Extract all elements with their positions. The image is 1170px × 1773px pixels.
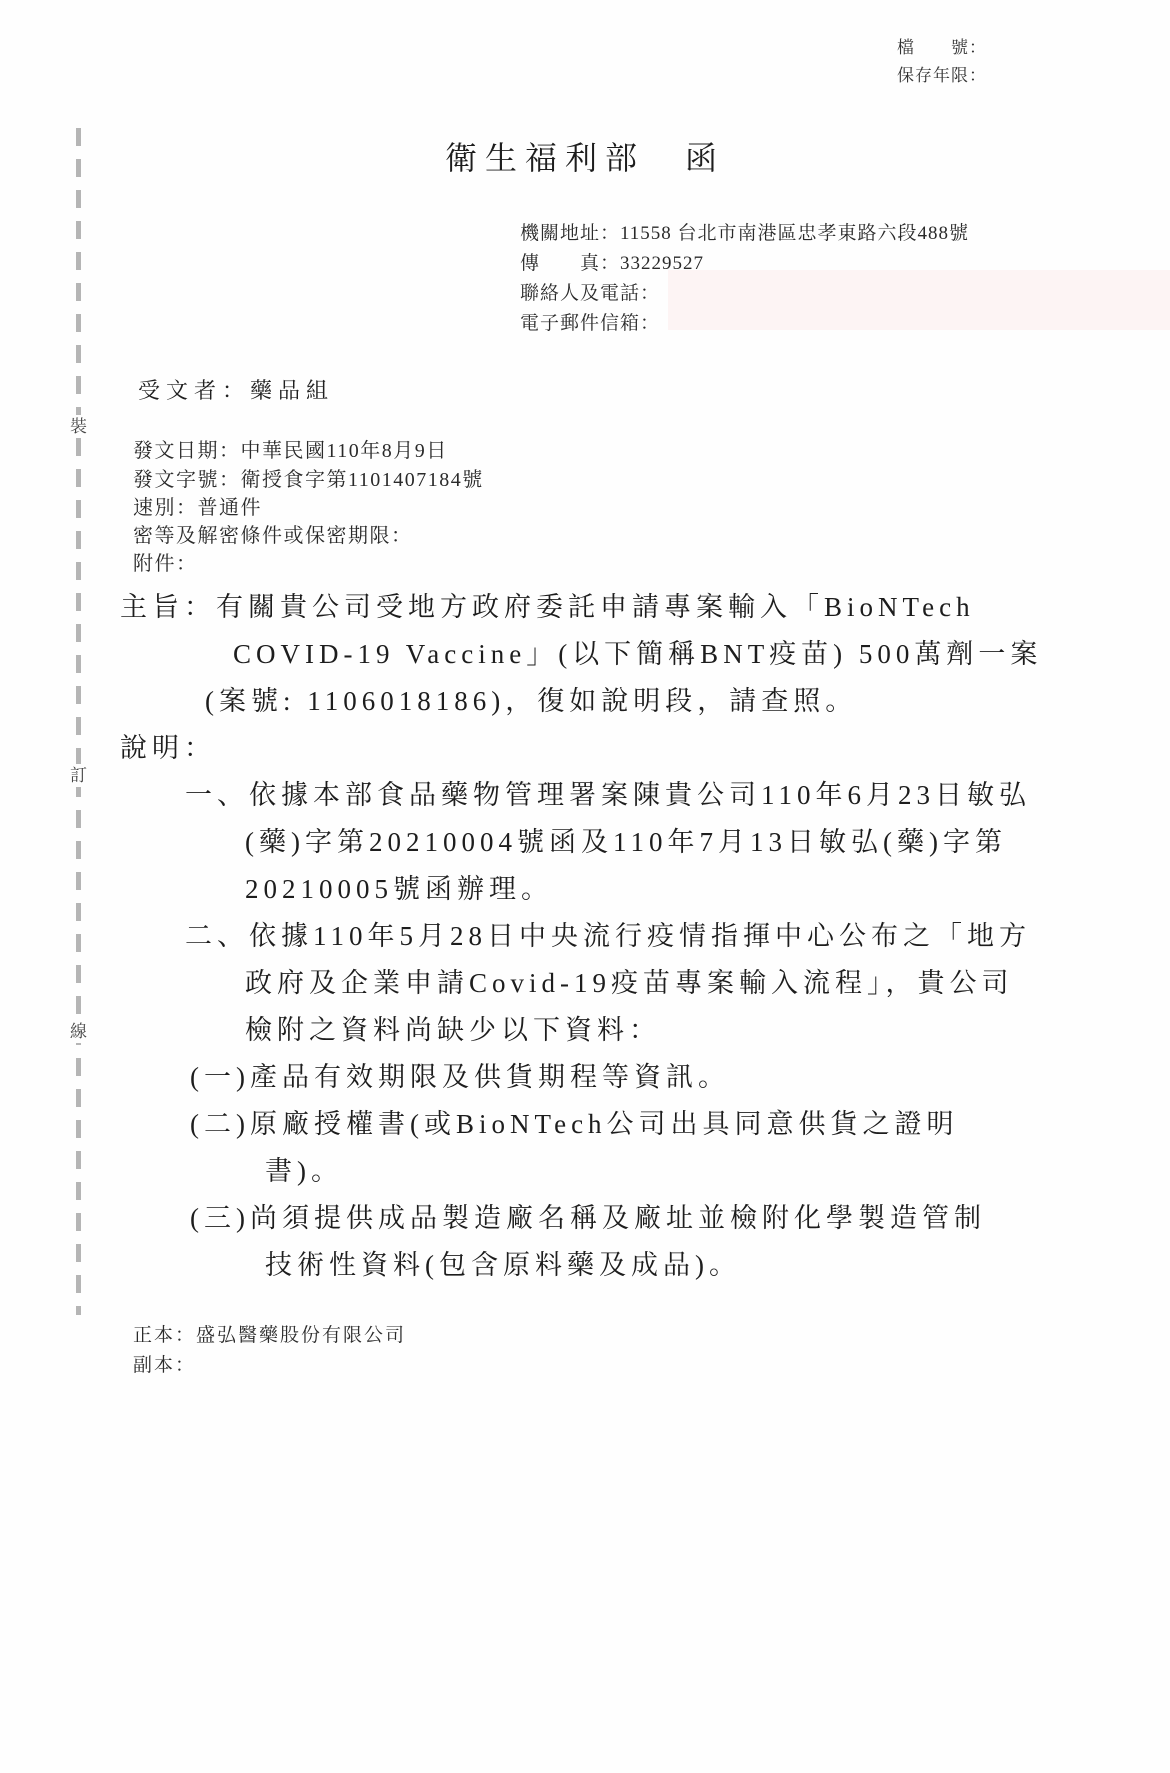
item-2-line-3: 檢附之資料尚缺少以下資料： <box>245 1008 661 1047</box>
binding-mark-zhuang: 裝 <box>69 415 88 438</box>
binding-dashed-line <box>76 128 81 1315</box>
recipient-line: 受文者：藥品組 <box>138 374 334 405</box>
attachment-label: 附件： <box>133 547 198 576</box>
subitem-1: (一)產品有效期限及供貨期程等資訊。 <box>190 1055 730 1094</box>
item-2-line-2: 政府及企業申請Covid-19疫苗專案輸入流程」，貴公司 <box>245 961 1014 1000</box>
subitem-3-line-1: (三)尚須提供成品製造廠名稱及廠址並檢附化學製造管制 <box>190 1196 986 1235</box>
agency-address: 機關地址：11558 台北市南港區忠孝東路六段488號 <box>520 218 969 245</box>
official-letter-page: 檔 號： 保存年限： 衛生福利部 函 機關地址：11558 台北市南港區忠孝東路… <box>0 0 1170 1773</box>
agency-fax: 傳 真：33229527 <box>520 248 704 275</box>
original-recipient: 正本：盛弘醫藥股份有限公司 <box>133 1320 406 1347</box>
retention-period-label: 保存年限： <box>897 62 987 90</box>
dispatch-number: 發文字號：衛授食字第1101407184號 <box>133 463 484 492</box>
subject-line-2: COVID-19 Vaccine」(以下簡稱BNT疫苗) 500萬劑一案 <box>233 632 1042 671</box>
subitem-2-line-2: 書)。 <box>265 1149 343 1188</box>
subitem-3-line-2: 技術性資料(包含原料藥及成品)。 <box>265 1243 741 1282</box>
binding-mark-xian: 線 <box>69 1020 88 1043</box>
redacted-contact-area <box>668 270 1170 330</box>
item-1-line-1: 一、依據本部食品藥物管理署案陳貴公司110年6月23日敏弘 <box>185 773 1031 812</box>
copy-recipient: 副本： <box>133 1350 196 1377</box>
item-1-line-2: (藥)字第20210004號函及110年7月13日敏弘(藥)字第 <box>245 820 1007 859</box>
security-classification: 密等及解密條件或保密期限： <box>133 519 413 548</box>
file-number-label: 檔 號： <box>897 34 987 62</box>
agency-contact: 聯絡人及電話： <box>520 278 660 305</box>
item-2-line-1: 二、依據110年5月28日中央流行疫情指揮中心公布之「地方 <box>185 914 1031 953</box>
document-title: 衛生福利部 函 <box>445 133 725 179</box>
dispatch-date: 發文日期：中華民國110年8月9日 <box>133 434 448 463</box>
subject-line-3: (案號: 1106018186)，復如說明段，請查照。 <box>205 679 857 718</box>
subitem-2-line-1: (二)原廠授權書(或BioNTech公司出具同意供貨之證明 <box>190 1102 959 1141</box>
explanation-heading: 說明： <box>120 726 216 765</box>
binding-mark-ding: 訂 <box>69 764 88 787</box>
item-1-line-3: 20210005號函辦理。 <box>245 867 553 906</box>
subject-line-1: 主旨：有關貴公司受地方政府委託申請專案輸入「BioNTech <box>120 585 975 624</box>
delivery-speed: 速別：普通件 <box>133 491 262 520</box>
agency-email: 電子郵件信箱： <box>520 308 660 335</box>
